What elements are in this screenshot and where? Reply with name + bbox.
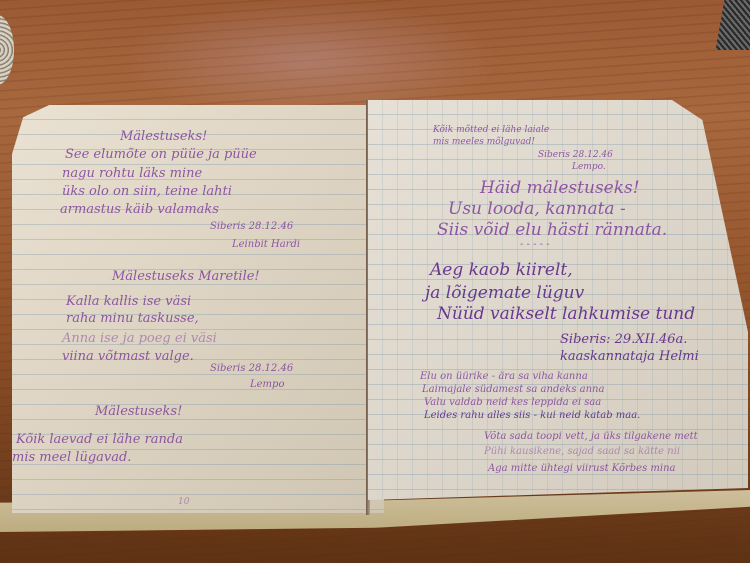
entry-signature: Lempo (250, 380, 284, 390)
entry-line: Kõik mõtted ei lähe laiale (433, 126, 549, 135)
entry-line: Aeg kaob kiirelt, (430, 262, 573, 279)
page-mark: 10 (178, 498, 189, 507)
entry-place-date: Siberis 28.12.46 (210, 364, 293, 374)
entry-line: Aga mitte ühtegi viirust Kõrbes mina (488, 464, 676, 474)
entry-separator: - - - - - (520, 240, 550, 250)
entry-signature: Leinbit Hardi (232, 240, 300, 250)
entry-line: armastus käib valamaks (60, 203, 219, 216)
entry-line: Siis võid elu hästi rännata. (437, 222, 667, 239)
entry-line: ja lõigemate lüguv (425, 285, 584, 302)
entry-place-date: Siberis: 29.XII.46a. (560, 333, 687, 346)
entry-line: Võta sada toopi vett, ja üks tilgakene m… (484, 432, 698, 442)
entry-line: Kalla kallis ise väsi (66, 295, 191, 308)
entry-place-date: Siberis 28.12.46 (210, 222, 293, 232)
entry-line: raha minu taskusse, (66, 312, 199, 325)
entry-line: Valu valdab neid kes leppida ei saa (424, 398, 601, 408)
entry-line: See elumõte on püüe ja püüe (65, 148, 257, 161)
entry-line: nagu rohtu läks mine (62, 167, 202, 180)
entry-line: viina võtmast valge. (62, 350, 194, 363)
entry-heading: Mälestuseks! (120, 130, 207, 143)
lace-doily (0, 15, 14, 85)
entry-line: Pühi kausikene, sajad saad sa kätte nii (484, 447, 680, 457)
entry-line: Leides rahu alles siis - kui neid katab … (424, 411, 640, 421)
entry-line: mis meel lügavad. (12, 451, 131, 464)
entry-line: Elu on üürike - ära sa viha kanna (420, 372, 588, 382)
entry-heading: Mälestuseks Maretile! (112, 270, 260, 283)
entry-line: mis meeles mõlguvad! (433, 138, 535, 147)
entry-line: Kõik laevad ei lähe randa (16, 433, 183, 446)
entry-place-date: Siberis 28.12.46 (538, 151, 613, 160)
entry-signature: kaaskannataja Helmi (560, 350, 699, 363)
entry-line: üks olo on siin, teine lahti (62, 185, 232, 198)
entry-line: Laimajale südamest sa andeks anna (422, 385, 604, 395)
entry-heading: Mälestuseks! (95, 405, 182, 418)
entry-line: Nüüd vaikselt lahkumise tund (437, 306, 695, 323)
entry-line: Anna ise ja poeg ei väsi (62, 332, 217, 345)
entry-signature: Lempo. (572, 163, 606, 172)
patterned-cloth (716, 0, 750, 50)
entry-line: Usu looda, kannata - (448, 201, 626, 218)
entry-heading: Häid mälestuseks! (480, 180, 640, 197)
